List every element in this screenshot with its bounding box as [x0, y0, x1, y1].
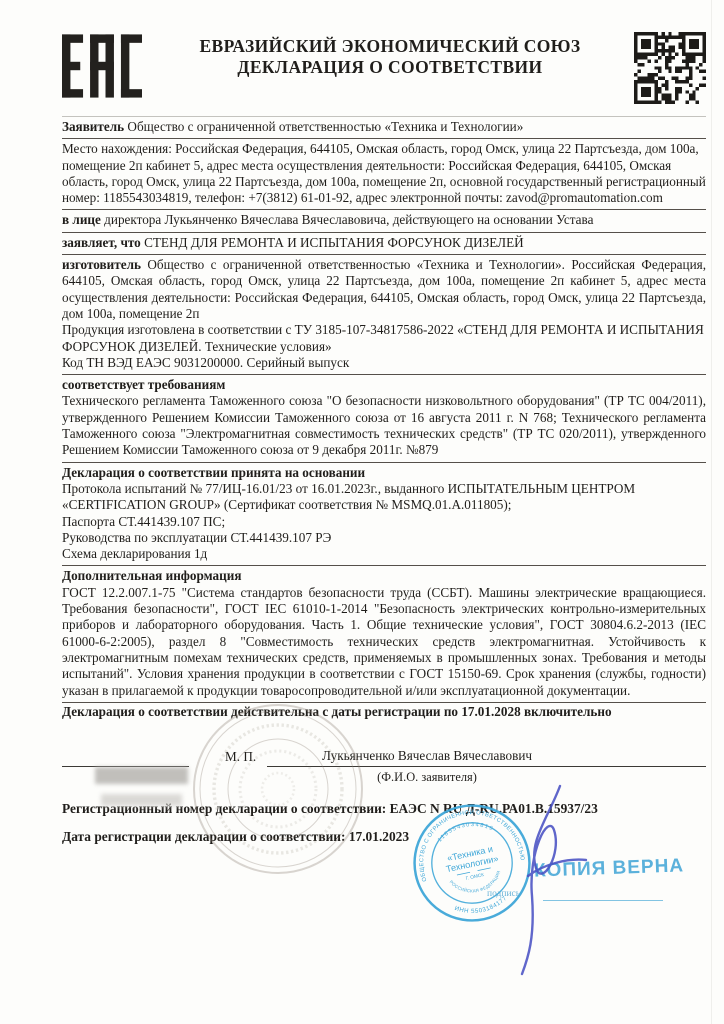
eac-mark-icon	[62, 30, 158, 103]
document-title: ЕВРАЗИЙСКИЙ ЭКОНОМИЧЕСКИЙ СОЮЗ ДЕКЛАРАЦИ…	[158, 30, 622, 78]
additional-info-header: Дополнительная информация	[62, 568, 706, 584]
declaration-document: ЕВРАЗИЙСКИЙ ЭКОНОМИЧЕСКИЙ СОЮЗ ДЕКЛАРАЦИ…	[0, 0, 724, 1024]
signature-word-line	[543, 900, 663, 901]
validity-row: Декларация о соответствии действительна …	[62, 703, 706, 722]
applicant-label: Заявитель	[62, 119, 124, 134]
requirements-text: Технического регламента Таможенного союз…	[62, 393, 706, 458]
additional-info-text: ГОСТ 12.2.007.1-75 "Система стандартов б…	[62, 585, 706, 699]
in-person-label: в лице	[62, 212, 101, 227]
manufacturer-label: изготовитель	[62, 257, 141, 272]
paper-edge	[711, 0, 712, 1024]
document-content: ЕВРАЗИЙСКИЙ ЭКОНОМИЧЕСКИЙ СОЮЗ ДЕКЛАРАЦИ…	[62, 30, 706, 845]
declares-row: заявляет, что СТЕНД ДЛЯ РЕМОНТА И ИСПЫТА…	[62, 233, 706, 255]
requirements-header: соответствует требованиям	[62, 377, 706, 393]
manufacturer-value: Общество с ограниченной ответственностью…	[62, 257, 706, 321]
basis-header: Декларация о соответствии принята на осн…	[62, 465, 706, 481]
basis-protocol-line: Протокола испытаний № 77/ИЦ-16.01/23 от …	[62, 481, 706, 514]
declaration-table: Заявитель Общество с ограниченной ответс…	[62, 116, 706, 722]
tnved-code-line: Код ТН ВЭД ЕАЭС 9031200000. Серийный вып…	[62, 355, 706, 371]
document-header: ЕВРАЗИЙСКИЙ ЭКОНОМИЧЕСКИЙ СОЮЗ ДЕКЛАРАЦИ…	[62, 30, 706, 104]
product-made-line: Продукция изготовлена в соответствии с Т…	[62, 322, 706, 355]
additional-info-row: Дополнительная информация ГОСТ 12.2.007.…	[62, 566, 706, 702]
in-person-row: в лице директора Лукьянченко Вячеслава В…	[62, 210, 706, 232]
basis-passport-line: Паспорта СТ.441439.107 ПС;	[62, 514, 706, 530]
qr-code-icon	[622, 30, 706, 104]
redacted-signature-block-2	[101, 794, 182, 806]
address-value: Место нахождения: Российская Федерация, …	[62, 141, 706, 205]
ink-signature	[498, 780, 594, 980]
declares-label: заявляет, что	[62, 235, 141, 250]
registration-date-line: Дата регистрации декларации о соответств…	[62, 828, 706, 845]
manufacturer-paragraph: изготовитель Общество с ограниченной отв…	[62, 257, 706, 322]
applicant-row: Заявитель Общество с ограниченной ответс…	[62, 117, 706, 139]
applicant-value: Общество с ограниченной ответственностью…	[127, 119, 523, 134]
signature-word-label: подпись	[487, 889, 520, 899]
product-name: СТЕНД ДЛЯ РЕМОНТА И ИСПЫТАНИЯ ФОРСУНОК Д…	[144, 235, 524, 250]
requirements-row: соответствует требованиям Технического р…	[62, 375, 706, 462]
title-union: ЕВРАЗИЙСКИЙ ЭКОНОМИЧЕСКИЙ СОЮЗ	[158, 36, 622, 57]
basis-row: Декларация о соответствии принята на осн…	[62, 463, 706, 567]
manufacturer-row: изготовитель Общество с ограниченной отв…	[62, 255, 706, 375]
stamp-city: Г. ОМСК	[465, 872, 485, 882]
in-person-value: директора Лукьянченко Вячеслава Вячеслав…	[104, 212, 593, 227]
address-row: Место нахождения: Российская Федерация, …	[62, 139, 706, 210]
basis-manual-line: Руководства по эксплуатации СТ.441439.10…	[62, 530, 706, 546]
redacted-signature-block	[95, 767, 188, 784]
ghost-stamp	[188, 699, 368, 879]
title-declaration: ДЕКЛАРАЦИЯ О СООТВЕТСТВИИ	[158, 57, 622, 78]
basis-scheme-line: Схема декларирования 1д	[62, 546, 706, 562]
